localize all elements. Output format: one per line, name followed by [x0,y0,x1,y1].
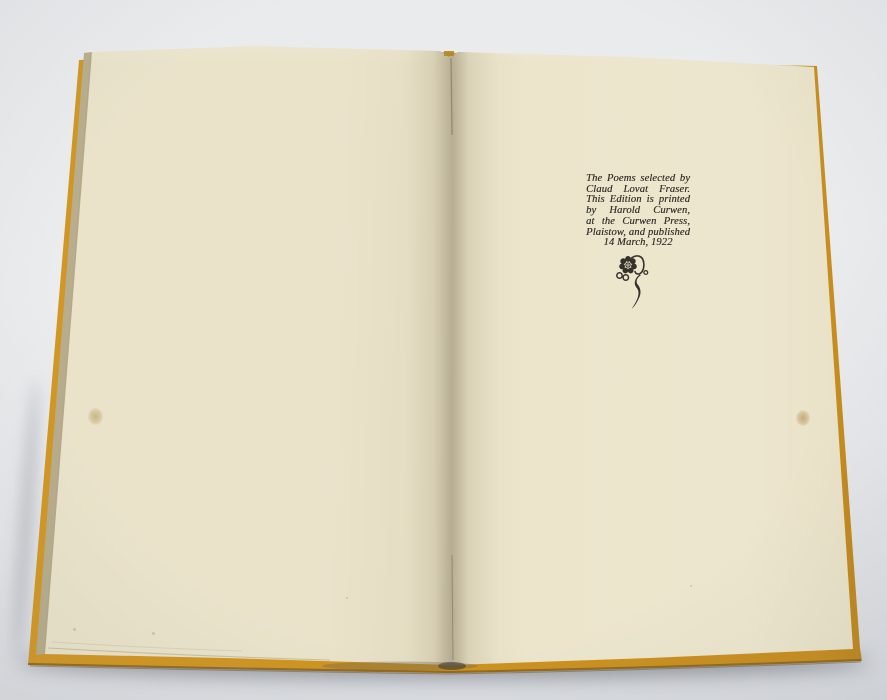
open-book: The Poems selected by Claud Lovat Fraser… [0,0,887,700]
book-pages [0,0,887,700]
colophon-line: 14 March, 1922 [586,238,690,249]
foxing-speck [690,585,692,587]
colophon-line: at the Curwen Press, [586,217,690,228]
foxing-stain-right [796,410,810,426]
flower-ornament-icon [612,253,658,311]
foxing-speck [152,632,155,635]
foxing-stain-left [88,408,103,425]
foxing-speck [346,597,348,599]
foxing-speck [73,628,76,631]
photo-backdrop: The Poems selected by Claud Lovat Fraser… [0,0,887,700]
book-gutter [406,40,498,672]
colophon-text: The Poems selected by Claud Lovat Fraser… [586,174,690,249]
